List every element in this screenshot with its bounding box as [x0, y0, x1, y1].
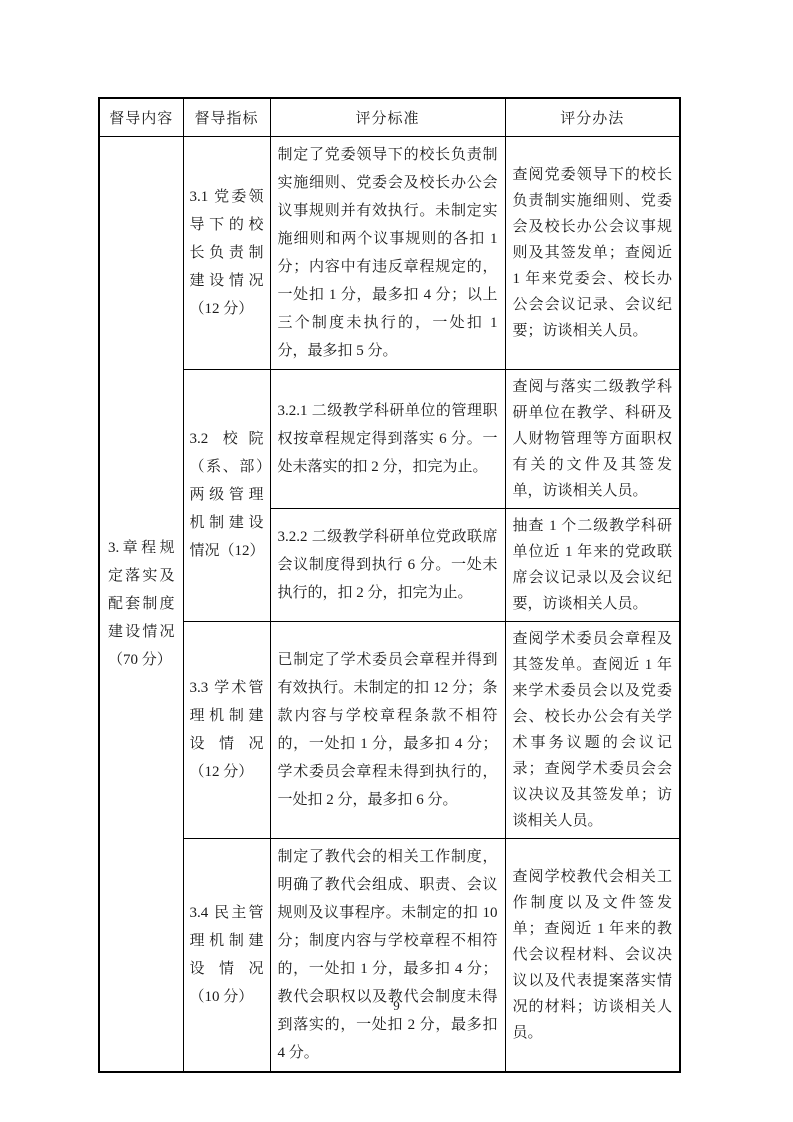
col-header-scoring-method: 评分办法: [505, 98, 680, 136]
supervision-table: 督导内容 督导指标 评分标准 评分办法 3.章程规定落实及配套制度建设情况（70…: [98, 97, 681, 1073]
cell-method-3-1: 查阅党委领导下的校长负责制实施细则、党委会及校长办公会议事规则及其签发单；查阅近…: [505, 136, 680, 369]
cell-method-3-2-2: 抽查 1 个二级教学科研单位近 1 年来的党政联席会议记录以及会议纪要，访谈相关…: [505, 508, 680, 621]
table-row-3-2-1: 3.2 校院（系、部）两级管理机制建设情况（12） 3.2.1 二级教学科研单位…: [99, 369, 680, 508]
cell-indicator-3-1: 3.1 党委领导下的校长负责制建设情况（12 分）: [183, 136, 270, 369]
cell-indicator-3-4: 3.4 民主管理机制建设情况（10 分）: [183, 838, 270, 1072]
cell-indicator-3-2: 3.2 校院（系、部）两级管理机制建设情况（12）: [183, 369, 270, 621]
table-row-3-4: 3.4 民主管理机制建设情况（10 分） 制定了教代会的相关工作制度，明确了教代…: [99, 838, 680, 1072]
document-page: 督导内容 督导指标 评分标准 评分办法 3.章程规定落实及配套制度建设情况（70…: [0, 0, 793, 1122]
cell-standard-3-4: 制定了教代会的相关工作制度，明确了教代会组成、职责、会议规则及议事程序。未制定的…: [270, 838, 505, 1072]
cell-indicator-3-3: 3.3 学术管理机制建设情况（12 分）: [183, 621, 270, 838]
page-number: 9: [0, 998, 793, 1014]
col-header-scoring-standard: 评分标准: [270, 98, 505, 136]
cell-standard-3-1: 制定了党委领导下的校长负责制实施细则、党委会及校长办公会议事规则并有效执行。未制…: [270, 136, 505, 369]
table-row-3-1: 3.章程规定落实及配套制度建设情况（70 分） 3.1 党委领导下的校长负责制建…: [99, 136, 680, 369]
cell-standard-3-3: 已制定了学术委员会章程并得到有效执行。未制定的扣 12 分；条款内容与学校章程条…: [270, 621, 505, 838]
table-row-3-3: 3.3 学术管理机制建设情况（12 分） 已制定了学术委员会章程并得到有效执行。…: [99, 621, 680, 838]
cell-supervision-content-3: 3.章程规定落实及配套制度建设情况（70 分）: [99, 136, 183, 1072]
col-header-supervision-content: 督导内容: [99, 98, 183, 136]
cell-standard-3-2-2: 3.2.2 二级教学科研单位党政联席会议制度得到执行 6 分。一处未执行的，扣 …: [270, 508, 505, 621]
cell-standard-3-2-1: 3.2.1 二级教学科研单位的管理职权按章程规定得到落实 6 分。一处未落实的扣…: [270, 369, 505, 508]
cell-method-3-3: 查阅学术委员会章程及其签发单。查阅近 1 年来学术委员会以及党委会、校长办公会有…: [505, 621, 680, 838]
cell-method-3-2-1: 查阅与落实二级教学科研单位在教学、科研及人财物管理等方面职权有关的文件及其签发单…: [505, 369, 680, 508]
table-header-row: 督导内容 督导指标 评分标准 评分办法: [99, 98, 680, 136]
col-header-supervision-indicator: 督导指标: [183, 98, 270, 136]
cell-method-3-4: 查阅学校教代会相关工作制度以及文件签发单；查阅近 1 年来的教代会议程材料、会议…: [505, 838, 680, 1072]
